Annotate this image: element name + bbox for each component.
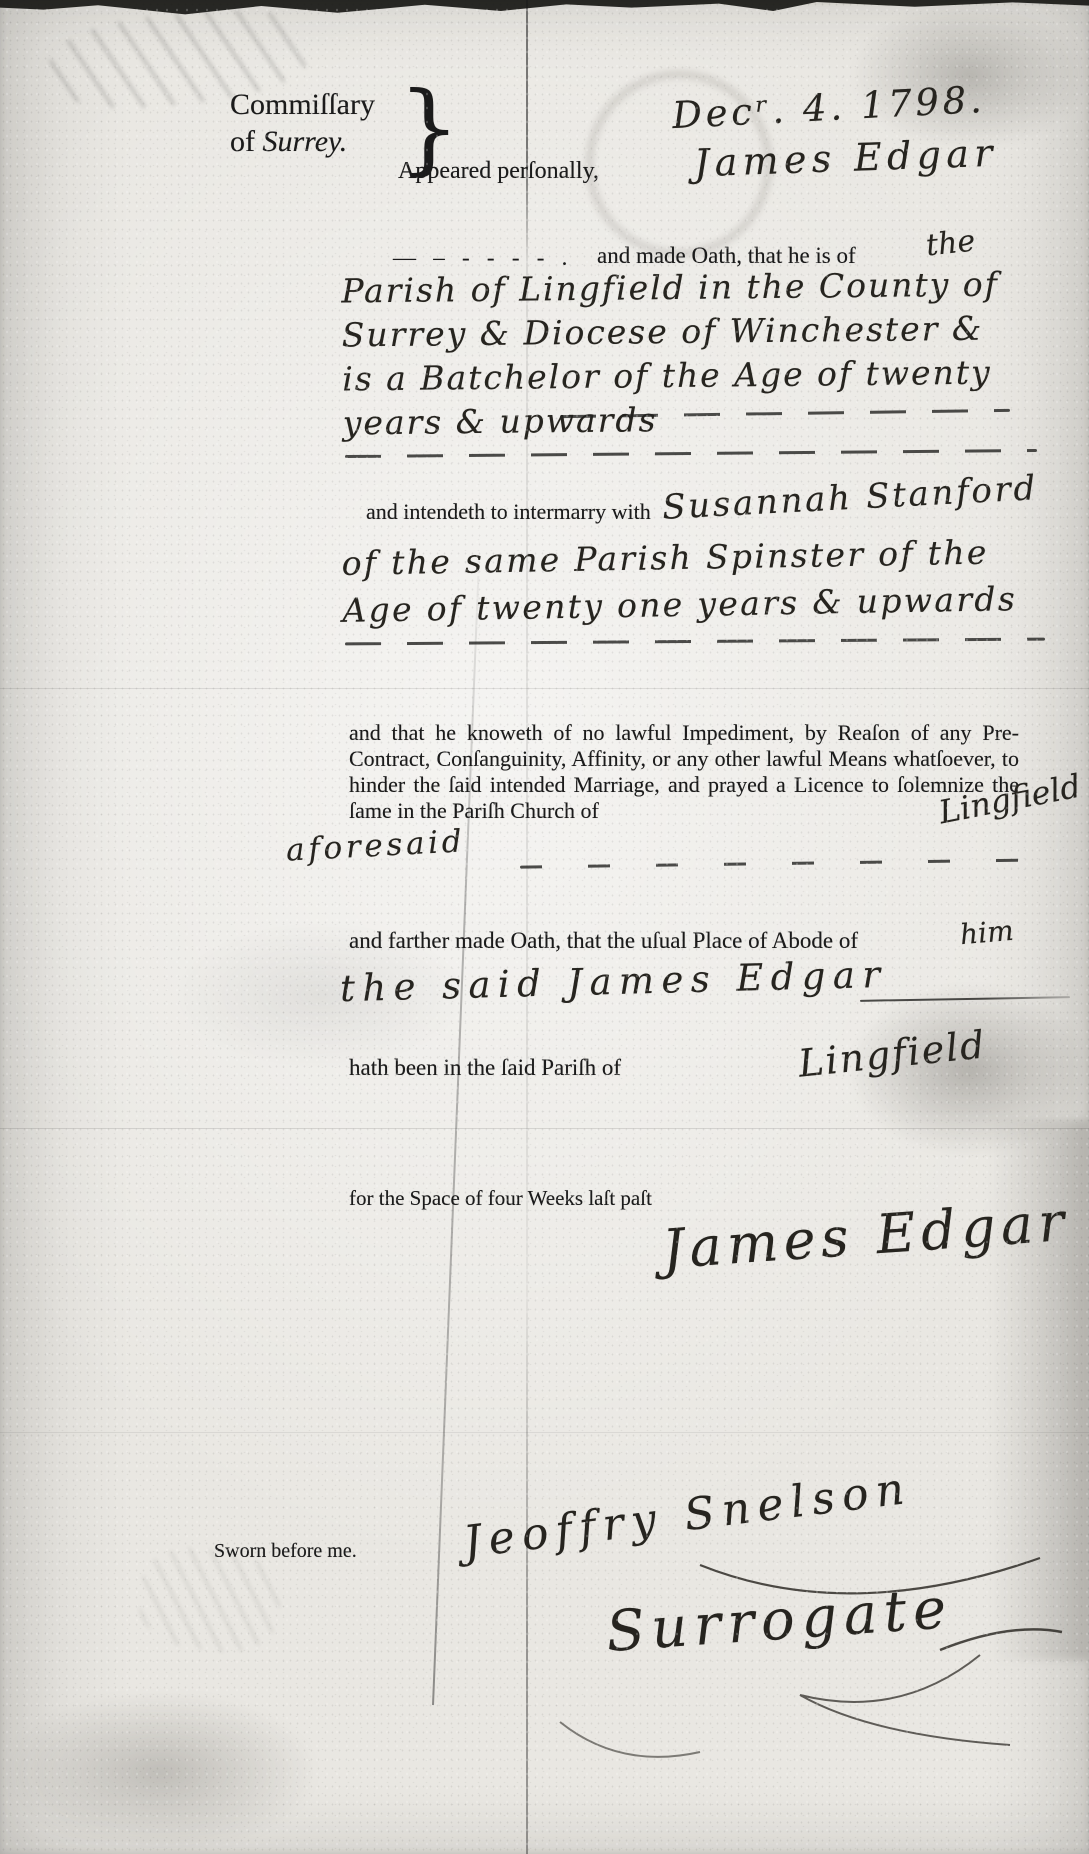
- marriage-allegation-document: Commiſſary of Surrey. } Decʳ. 4. 1798. A…: [0, 0, 1089, 1854]
- bride-name-handwritten: Susannah Stanford: [661, 468, 1039, 528]
- aforesaid-handwritten: aforesaid: [285, 823, 466, 868]
- horizontal-crease-3: [0, 1432, 1089, 1433]
- ink-rule-2: [345, 638, 1045, 646]
- residence-line-3: is a Batchelor of the Age of twenty: [342, 351, 1000, 402]
- horizontal-crease-2: [0, 1128, 1089, 1129]
- residence-line-1: Parish of Lingfield in the County of: [341, 263, 999, 314]
- ink-rule-3: [520, 858, 1040, 868]
- sworn-label: Sworn before me.: [214, 1540, 357, 1563]
- residence-line-4: years & upwards: [342, 395, 1000, 446]
- deponent-signature: James Edgar: [660, 1190, 1071, 1281]
- handwritten-him: him: [959, 914, 1015, 952]
- abode-name-handwritten: the said James Edgar: [340, 953, 888, 1010]
- office-heading-line1: Commiſſary: [230, 86, 375, 123]
- impediment-paragraph: and that he knoweth of no lawful Impedim…: [349, 720, 1019, 824]
- hath-been-label: hath been in the ſaid Pariſh of: [349, 1055, 621, 1081]
- office-heading-line2: of Surrey.: [230, 123, 375, 160]
- office-heading: Commiſſary of Surrey.: [230, 86, 375, 160]
- surrogate-title-handwritten: Surrogate: [604, 1576, 955, 1665]
- bride-handwritten-block: of the same Parish Spinster of the Age o…: [341, 528, 1017, 634]
- ink-rule-4: [860, 996, 1070, 1002]
- abode-label: and farther made Oath, that the uſual Pl…: [349, 928, 858, 954]
- appeared-label: Appeared perſonally,: [398, 158, 599, 185]
- date-handwritten: Decʳ. 4. 1798.: [671, 78, 986, 137]
- handwritten-the: the: [924, 224, 977, 264]
- parish-name-handwritten: Lingfield: [796, 1022, 988, 1085]
- intermarry-label: and intendeth to intermarry with: [366, 499, 651, 525]
- top-right-mottle: [850, 0, 1089, 150]
- duration-label: for the Space of four Weeks laſt paſt: [349, 1186, 652, 1211]
- residence-line-2: Surrey & Diocese of Winchester &: [342, 307, 1000, 358]
- deponent-name-handwritten: James Edgar: [693, 131, 998, 186]
- horizontal-crease-1: [0, 688, 1089, 689]
- ink-rule-1: [345, 449, 1037, 458]
- torn-top-edge: [0, 0, 1089, 20]
- bottom-left-mottle: [0, 1690, 320, 1854]
- residence-handwritten-block: Parish of Lingfield in the County of Sur…: [341, 263, 1000, 446]
- surrogate-signature: Jeoffry Snelson: [461, 1463, 915, 1569]
